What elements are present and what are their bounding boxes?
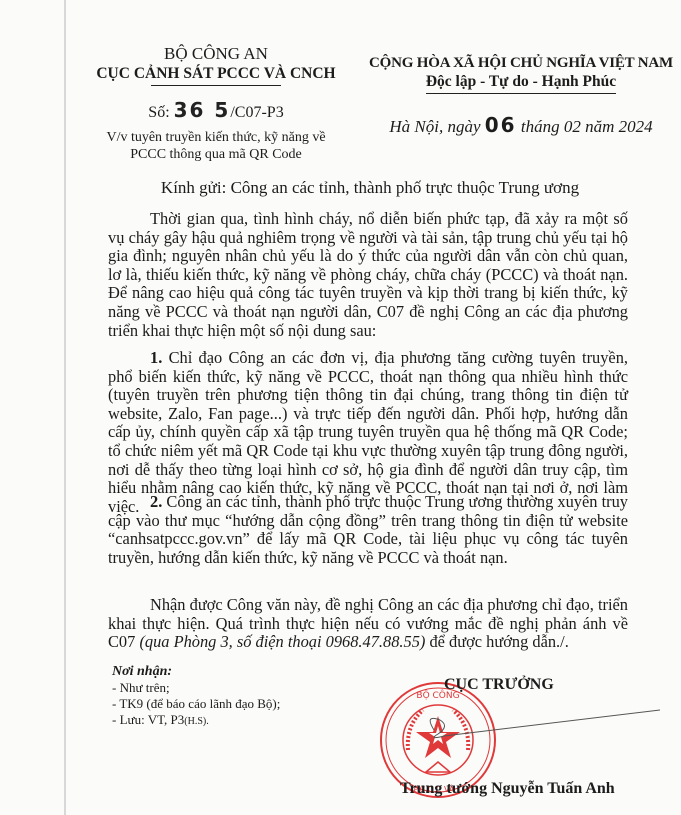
item-2-number: 2.	[150, 492, 162, 511]
item-2-text: Công an các tỉnh, thành phố trực thuộc T…	[108, 492, 628, 567]
national-motto: Độc lập - Tự do - Hạnh Phúc	[426, 72, 616, 94]
item-1-number: 1.	[150, 348, 162, 367]
page-edge	[64, 0, 66, 815]
subject: V/v tuyên truyền kiến thức, kỹ năng về P…	[96, 129, 336, 163]
receiver-item: - Lưu: VT, P3	[112, 712, 184, 727]
receivers-block: Nơi nhận: - Như trên; - TK9 (để báo cáo …	[112, 664, 280, 730]
paragraph-item-2: 2. Công an các tỉnh, thành phố trực thuộ…	[108, 493, 628, 567]
paragraph-intro: Thời gian qua, tình hình cháy, nổ diễn b…	[108, 210, 628, 340]
country-name: CỘNG HÒA XÃ HỘI CHỦ NGHĨA VIỆT NAM	[362, 54, 680, 72]
date-prefix: Hà Nội, ngày	[389, 117, 480, 136]
header-left: BỘ CÔNG AN CỤC CẢNH SÁT PCCC VÀ CNCH Số:…	[96, 44, 336, 163]
closing-contact: (qua Phòng 3, số điện thoại 0968.47.88.5…	[139, 632, 425, 651]
intro-text: Thời gian qua, tình hình cháy, nổ diễn b…	[108, 210, 628, 340]
doc-number-value: 36 5	[174, 98, 231, 122]
signature-position: CỤC TRƯỞNG	[444, 676, 554, 694]
receiver-item: - Như trên;	[112, 680, 280, 696]
date-day: 06	[485, 113, 517, 137]
item-1-text: Chỉ đạo Công an các đơn vị, địa phương t…	[108, 348, 628, 516]
subject-line-2: PCCC thông qua mã QR Code	[96, 146, 336, 163]
receivers-title: Nơi nhận:	[112, 664, 280, 680]
doc-number-suffix: /C07-P3	[230, 104, 283, 121]
signer-name: Trung tướng Nguyễn Tuấn Anh	[400, 780, 615, 798]
doc-number-prefix: Số:	[148, 104, 169, 121]
department-underline	[151, 85, 281, 86]
receiver-item-suffix: (H.S).	[184, 716, 208, 727]
header-right: CỘNG HÒA XÃ HỘI CHỦ NGHĨA VIỆT NAM Độc l…	[362, 54, 680, 138]
document-number: Số: 36 5/C07-P3	[96, 100, 336, 123]
recipient-line: Kính gửi: Công an các tỉnh, thành phố tr…	[100, 178, 640, 198]
closing-end: để được hướng dẫn./.	[429, 632, 568, 651]
receiver-item: - TK9 (để báo cáo lãnh đạo Bộ);	[112, 696, 280, 712]
department-name: CỤC CẢNH SÁT PCCC VÀ CNCH	[82, 64, 350, 83]
document-date: Hà Nội, ngày 06 tháng 02 năm 2024	[362, 114, 680, 138]
subject-line-1: V/v tuyên truyền kiến thức, kỹ năng về	[96, 129, 336, 146]
date-suffix: tháng 02 năm 2024	[521, 117, 653, 136]
ministry-name: BỘ CÔNG AN	[96, 44, 336, 64]
paragraph-closing: Nhận được Công văn này, đề nghị Công an …	[108, 596, 628, 652]
